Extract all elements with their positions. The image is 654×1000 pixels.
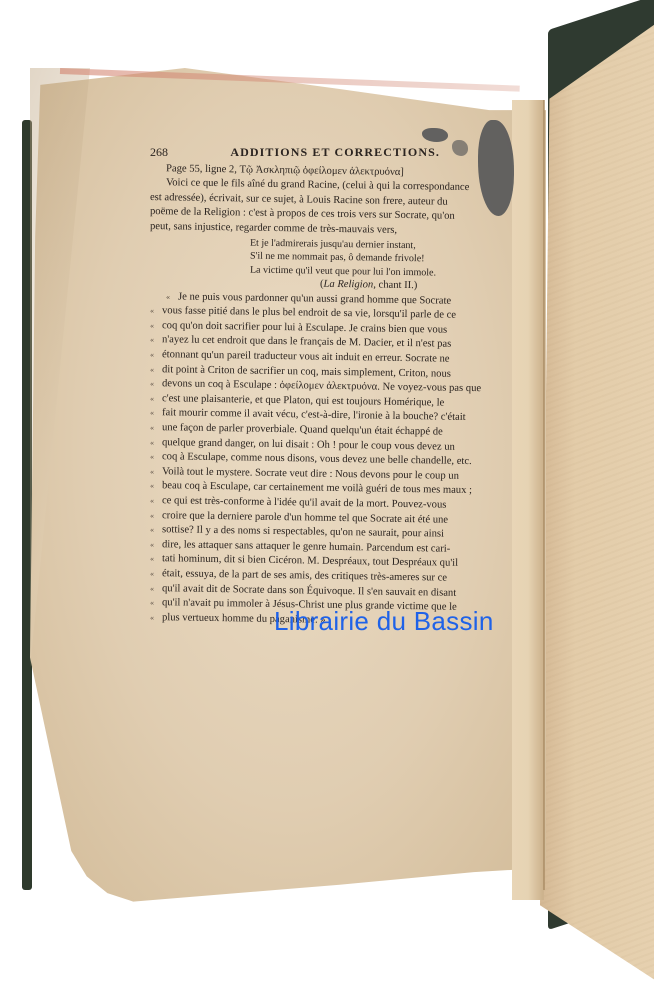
- quote-mark: «: [150, 304, 162, 319]
- quote-text: était, essuya, de la part de ses amis, d…: [162, 568, 447, 583]
- page-gutter: [512, 100, 544, 900]
- quote-mark: «: [150, 611, 162, 626]
- quote-mark: «: [150, 596, 162, 611]
- quote-mark: «: [150, 538, 162, 553]
- canto: , chant II.): [373, 280, 417, 292]
- quote-mark: «: [150, 523, 162, 538]
- quote-mark: «: [150, 436, 162, 451]
- page-number: 268: [150, 145, 168, 160]
- work-title: La Religion: [323, 279, 373, 291]
- quote-text: vous fasse pitié dans le plus bel endroi…: [162, 305, 456, 321]
- quote-mark: «: [150, 509, 162, 524]
- quote-mark: «: [150, 348, 162, 363]
- quote-mark: «: [150, 377, 162, 392]
- quote-mark: «: [150, 567, 162, 582]
- quote-mark: «: [150, 552, 162, 567]
- quote-text: Je ne puis vous pardonner qu'un aussi gr…: [178, 291, 451, 306]
- running-title: ADDITIONS ET CORRECTIONS.: [230, 145, 440, 160]
- quote-text: n'ayez lu cet endroit que dans le frança…: [162, 335, 451, 351]
- quote-text: coq à Esculape, comme nous disons, vous …: [162, 451, 472, 467]
- quote-mark: «: [150, 582, 162, 597]
- paper-texture: [540, 22, 654, 982]
- right-blank-page: [540, 22, 654, 982]
- quote-mark: «: [150, 406, 162, 421]
- quote-mark: «: [150, 479, 162, 494]
- quote-mark: «: [150, 392, 162, 407]
- quote-text: sottise? Il y a des noms si respectables…: [162, 524, 444, 539]
- quote-mark: «: [166, 290, 178, 305]
- gutter-line: [543, 100, 545, 890]
- watermark-text: Librairie du Bassin: [274, 606, 494, 637]
- quote-text: tati hominum, dit si bien Cicéron. M. De…: [162, 554, 458, 570]
- quote-text: étonnant qu'un pareil traducteur vous ai…: [162, 349, 450, 365]
- quote-mark: «: [150, 494, 162, 509]
- ink-stain: [422, 128, 448, 142]
- page-header: 268 ADDITIONS ET CORRECTIONS.: [150, 145, 510, 160]
- quote-text: une façon de parler proverbiale. Quand q…: [162, 422, 443, 437]
- quote-mark: «: [150, 450, 162, 465]
- quote-mark: «: [150, 421, 162, 436]
- quote-mark: «: [150, 319, 162, 334]
- quote-mark: «: [150, 363, 162, 378]
- quote-mark: «: [150, 465, 162, 480]
- page-text: 268 ADDITIONS ET CORRECTIONS. Page 55, l…: [150, 145, 510, 625]
- quote-mark: «: [150, 333, 162, 348]
- quote-text: ce qui est très-conforme à l'idée qu'il …: [162, 495, 447, 510]
- book-photo: 268 ADDITIONS ET CORRECTIONS. Page 55, l…: [0, 0, 654, 1000]
